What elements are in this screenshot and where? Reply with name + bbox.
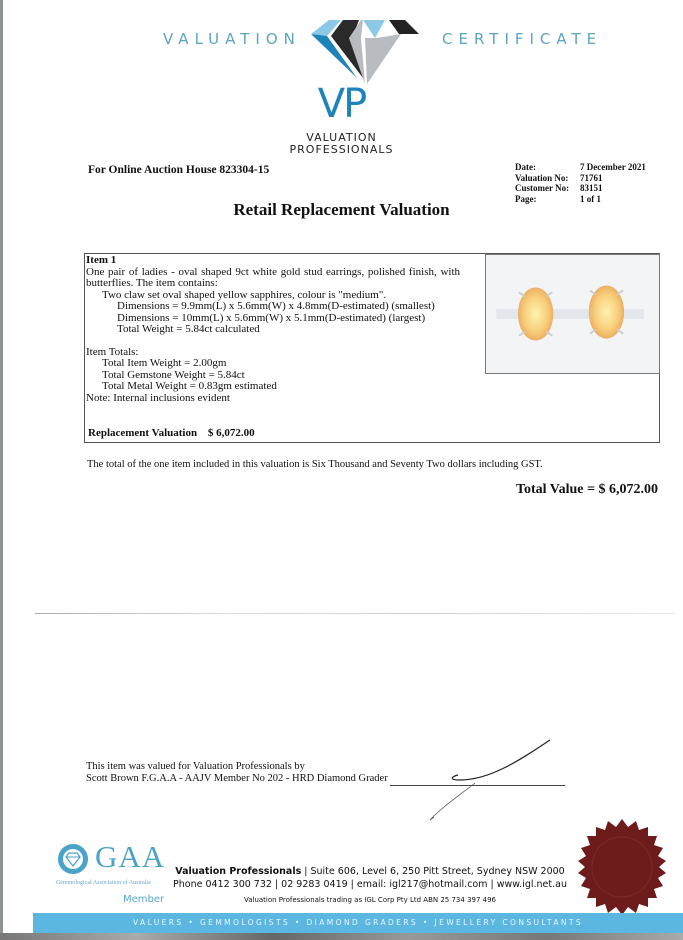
embossed-seal-icon [572, 817, 672, 917]
meta-label: Date: [515, 162, 580, 173]
item-heading: Item 1 [86, 255, 460, 267]
meta-label: Valuation No: [515, 173, 580, 184]
total-metal-weight: Total Metal Weight = 0.83gm estimated [86, 381, 460, 393]
meta-row-date: Date: 7 December 2021 [515, 162, 646, 173]
valuer-statement: This item was valued for Valuation Profe… [86, 761, 388, 785]
item-photo [485, 254, 660, 374]
meta-value: 71761 [580, 173, 603, 184]
earrings-image-icon [486, 255, 659, 373]
meta-label: Customer No: [515, 183, 580, 194]
footer-services-band: VALUERS • GEMMOLOGISTS • DIAMOND GRADERS… [33, 913, 683, 933]
replacement-label: Replacement Valuation [88, 427, 197, 439]
total-value: Total Value = $ 6,072.00 [516, 482, 658, 498]
item-note: Note: Internal inclusions evident [86, 393, 460, 405]
meta-row-customer-no: Customer No: 83151 [515, 183, 646, 194]
total-item-weight: Total Item Weight = 2.00gm [86, 358, 460, 370]
footer-company: Valuation Professionals [175, 866, 301, 877]
scan-bottom-edge [0, 933, 683, 940]
footer-contact: Phone 0412 300 732 | 02 9283 0419 | emai… [170, 879, 570, 890]
gaa-emblem-icon [57, 843, 89, 875]
meta-row-valuation-no: Valuation No: 71761 [515, 173, 646, 184]
meta-value: 83151 [580, 183, 603, 194]
gaa-wordmark: GAA [95, 839, 165, 875]
signature-icon [420, 735, 560, 825]
total-in-words: The total of the one item included in th… [87, 459, 543, 470]
footer-trading: Valuation Professionals trading as IGL C… [170, 896, 570, 904]
client-line: For Online Auction House 823304-15 [88, 164, 269, 176]
page-title: Retail Replacement Valuation [0, 200, 683, 220]
header-valuation-word: VALUATION [163, 30, 301, 48]
header-certificate-word: CERTIFICATE [442, 30, 602, 48]
logo-monogram: VP [0, 82, 683, 126]
gaa-member-label: Member [123, 894, 164, 905]
item-total-weight: Total Weight = 5.84ct calculated [86, 324, 460, 336]
valuer-line-1: This item was valued for Valuation Profe… [86, 761, 388, 773]
footer-address-text: | Suite 606, Level 6, 250 Pitt Street, S… [301, 866, 564, 877]
footer-address: Valuation Professionals | Suite 606, Lev… [170, 866, 570, 877]
meta-block: Date: 7 December 2021 Valuation No: 7176… [515, 162, 646, 204]
valuer-line-2: Scott Brown F.G.A.A - AAJV Member No 202… [86, 773, 388, 785]
logo-line-2: PROFESSIONALS [0, 143, 683, 156]
item-description: One pair of ladies - oval shaped 9ct whi… [86, 267, 460, 290]
diamond-logo-icon [305, 16, 425, 88]
item-dimension-smallest: Dimensions = 9.9mm(L) x 5.6mm(W) x 4.8mm… [86, 301, 460, 313]
replacement-valuation: Replacement Valuation $ 6,072.00 [88, 427, 263, 439]
divider [35, 613, 675, 614]
meta-value: 7 December 2021 [580, 162, 646, 173]
replacement-value: $ 6,072.00 [208, 427, 255, 439]
item-details: Item 1 One pair of ladies - oval shaped … [86, 255, 460, 404]
